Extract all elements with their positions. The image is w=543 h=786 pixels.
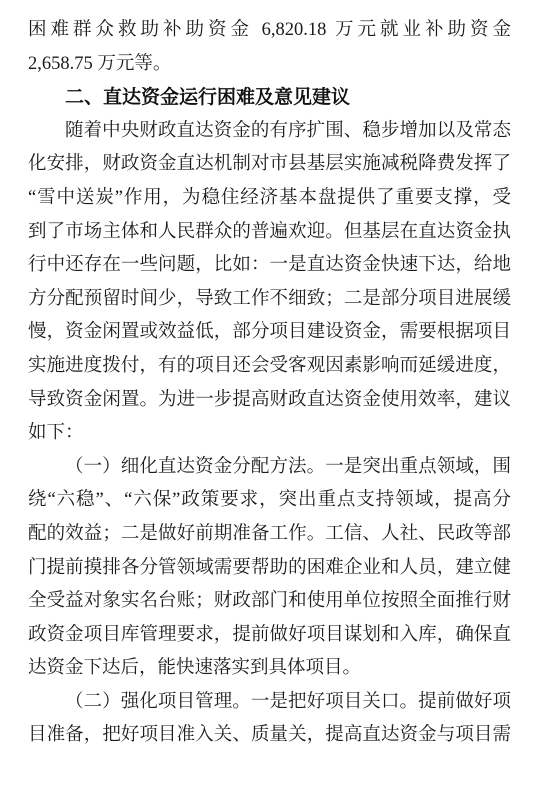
text-line: 全受益对象实名台账；财政部门和使用单位按照全面推行财 <box>28 585 511 619</box>
text-line: 困难群众救助补助资金 6,820.18 万元就业补助资金 <box>28 14 511 48</box>
text-line: 行中还存在一些问题，比如：一是直达资金快速下达，给地 <box>28 249 511 283</box>
text-line: 2,658.75 万元等。 <box>28 48 511 82</box>
text-line: 导致资金闲置。为进一步提高财政直达资金使用效率，建议 <box>28 384 511 418</box>
text-line: 到了市场主体和人民群众的普遍欢迎。但基层在直达资金执 <box>28 216 511 250</box>
text-line: 随着中央财政直达资金的有序扩围、稳步增加以及常态 <box>28 115 511 149</box>
text-line: （二）强化项目管理。一是把好项目关口。提前做好项 <box>28 686 511 720</box>
text-line: 方分配预留时间少，导致工作不细致；二是部分项目进展缓 <box>28 283 511 317</box>
text-line: 目准备，把好项目准入关、质量关，提高直达资金与项目需 <box>28 719 511 753</box>
text-line: 绕“六稳”、“六保”政策要求，突出重点支持领域，提高分 <box>28 484 511 518</box>
text-line: 化安排，财政资金直达机制对市县基层实施减税降费发挥了 <box>28 148 511 182</box>
text-line: 政资金项目库管理要求，提前做好项目谋划和入库，确保直 <box>28 619 511 653</box>
text-line: 配的效益；二是做好前期准备工作。工信、人社、民政等部 <box>28 518 511 552</box>
section-heading: 二、直达资金运行困难及意见建议 <box>28 81 511 115</box>
document-page: 困难群众救助补助资金 6,820.18 万元就业补助资金 2,658.75 万元… <box>0 0 543 786</box>
text-line: 慢，资金闲置或效益低，部分项目建设资金，需要根据项目 <box>28 316 511 350</box>
text-line: 如下： <box>28 417 511 451</box>
text-line: “雪中送炭”作用，为稳住经济基本盘提供了重要支撑，受 <box>28 182 511 216</box>
text-line: （一）细化直达资金分配方法。一是突出重点领域，围 <box>28 451 511 485</box>
text-line: 达资金下达后，能快速落实到具体项目。 <box>28 652 511 686</box>
text-line: 门提前摸排各分管领域需要帮助的困难企业和人员，建立健 <box>28 552 511 586</box>
text-line: 实施进度拨付，有的项目还会受客观因素影响而延缓进度， <box>28 350 511 384</box>
